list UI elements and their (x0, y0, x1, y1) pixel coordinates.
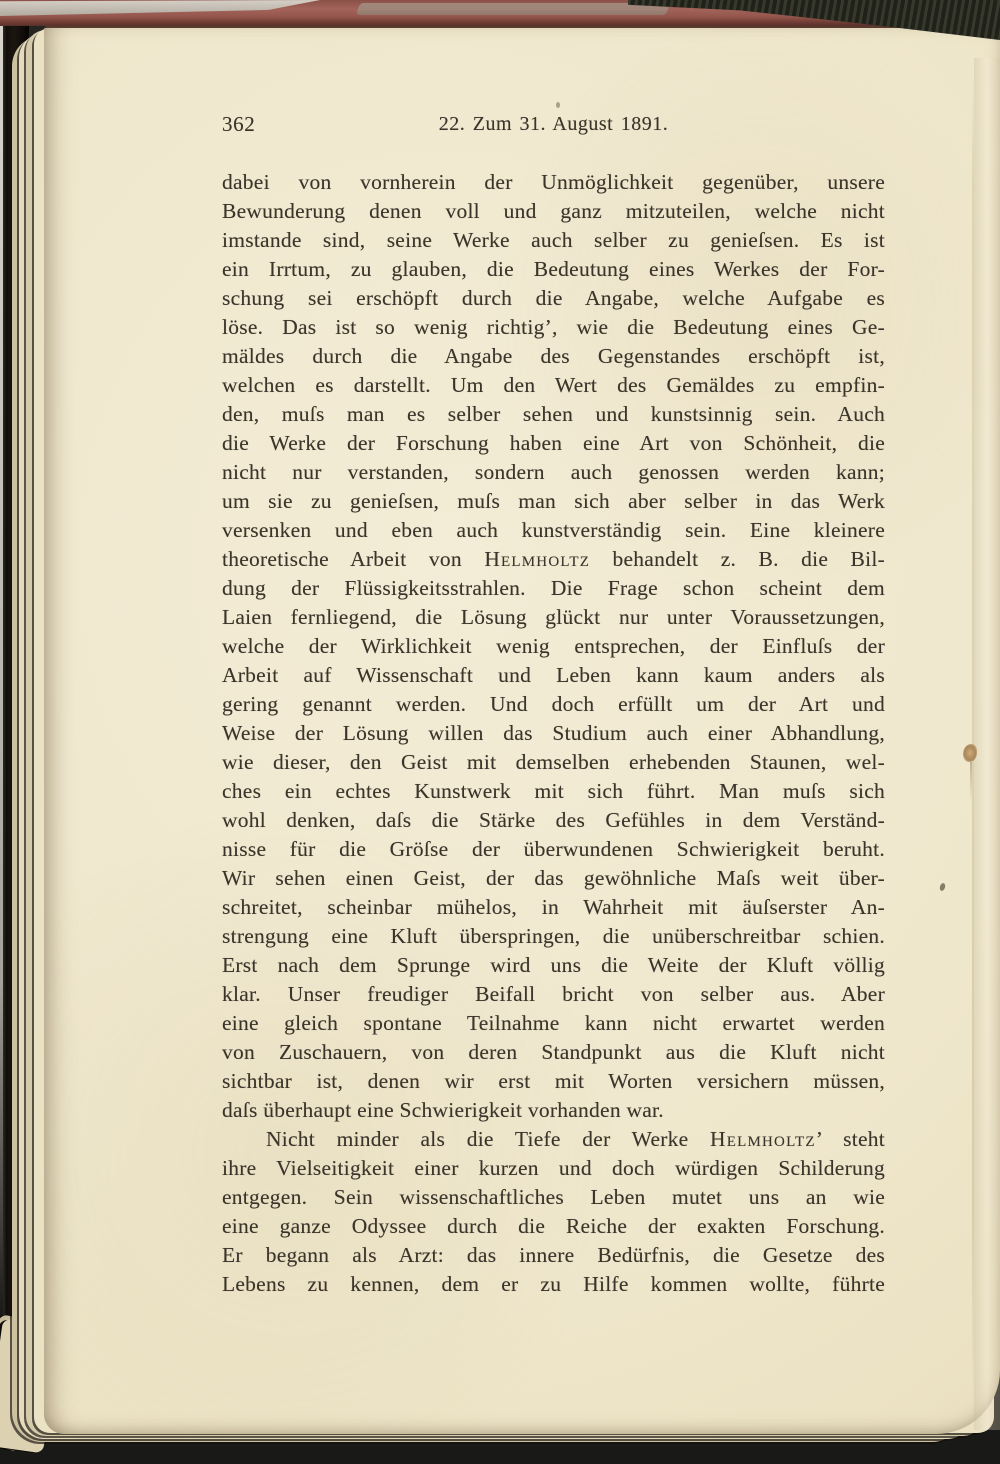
text-line: die Werke der Forschung haben eine Art v… (222, 429, 885, 458)
text-line: Weise der Lösung willen das Studium auch… (222, 719, 885, 748)
text-line: nicht nur verstanden, sondern auch genos… (222, 458, 885, 487)
paper-speck (939, 882, 946, 891)
paper-stain (970, 762, 972, 802)
text-line: ein Irrtum, zu glauben, die Bedeutung ei… (222, 255, 885, 284)
text-line: entgegen. Sein wissenschaftliches Leben … (222, 1183, 885, 1212)
page-fold-highlight (974, 58, 1000, 1430)
text-line: Lebens zu kennen, dem er zu Hilfe kommen… (222, 1270, 885, 1299)
text-line: dung der Flüssigkeitsstrahlen. Die Frage… (222, 574, 885, 603)
smallcaps-name: Helmholtz (710, 1127, 816, 1151)
text-line: löse. Das ist so wenig richtig’, wie die… (222, 313, 885, 342)
text-line: mäldes durch die Angabe des Gegenstandes… (222, 342, 885, 371)
text-line: versenken und eben auch kunstverständig … (222, 516, 885, 545)
text-line: um sie zu genieſsen, muſs man sich aber … (222, 487, 885, 516)
book-top-edge-smear (356, 3, 670, 15)
text-line: eine gleich spontane Teilnahme kann nich… (222, 1009, 885, 1038)
text-line: klar. Unser freudiger Beifall bricht von… (222, 980, 885, 1009)
running-header: 22. Zum 31. August 1891. (222, 113, 885, 136)
text-line: welchen es darstellt. Um den Wert des Ge… (222, 371, 885, 400)
text-line: Nicht minder als die Tiefe der Werke Hel… (222, 1125, 885, 1154)
text-line: wie dieser, den Geist mit demselben erhe… (222, 748, 885, 777)
text-line: den, muſs man es selber sehen und kunsts… (222, 400, 885, 429)
text-line: Wir sehen einen Geist, der das gewöhnlic… (222, 864, 885, 893)
text-line: gering genannt werden. Und doch erfüllt … (222, 690, 885, 719)
page-header: 362 22. Zum 31. August 1891. (222, 112, 885, 142)
text-line: eine ganze Odyssee durch die Reiche der … (222, 1212, 885, 1241)
text-line: theoretische Arbeit von Helmholtz behand… (222, 545, 885, 574)
paper-speck (556, 102, 560, 108)
text-line: ihre Vielseitigkeit einer kurzen und doc… (222, 1154, 885, 1183)
text-line: Bewunderung denen voll und ganz mitzutei… (222, 197, 885, 226)
text-line: Laien fernliegend, die Lösung glückt nur… (222, 603, 885, 632)
text-block: dabei von vornherein der Unmöglichkeit g… (222, 168, 885, 1299)
book-page: 362 22. Zum 31. August 1891. dabei von v… (44, 26, 1000, 1434)
text-line: dabei von vornherein der Unmöglichkeit g… (222, 168, 885, 197)
book-photo: 362 22. Zum 31. August 1891. dabei von v… (0, 0, 1000, 1464)
smallcaps-name: Helmholtz (484, 547, 590, 571)
text-line: strengung eine Kluft überspringen, die u… (222, 922, 885, 951)
text-line: Arbeit auf Wissenschaft und Leben kann k… (222, 661, 885, 690)
text-line: nisse für die Gröſse der überwundenen Sc… (222, 835, 885, 864)
text-line: welche der Wirklichkeit wenig entspreche… (222, 632, 885, 661)
text-line: Er begann als Arzt: das innere Bedürfnis… (222, 1241, 885, 1270)
text-line: schreitet, scheinbar mühelos, in Wahrhei… (222, 893, 885, 922)
text-line: wohl denken, daſs die Stärke des Gefühle… (222, 806, 885, 835)
text-line: sichtbar ist, denen wir erst mit Worten … (222, 1067, 885, 1096)
text-line: schung sei erschöpft durch die Angabe, w… (222, 284, 885, 313)
text-line: daſs überhaupt eine Schwierigkeit vorhan… (222, 1096, 885, 1125)
text-line: Erst nach dem Sprunge wird uns die Weite… (222, 951, 885, 980)
text-line: von Zuschauern, von deren Standpunkt aus… (222, 1038, 885, 1067)
text-line: imstande sind, seine Werke auch selber z… (222, 226, 885, 255)
text-line: ches ein echtes Kunstwerk mit sich führt… (222, 777, 885, 806)
